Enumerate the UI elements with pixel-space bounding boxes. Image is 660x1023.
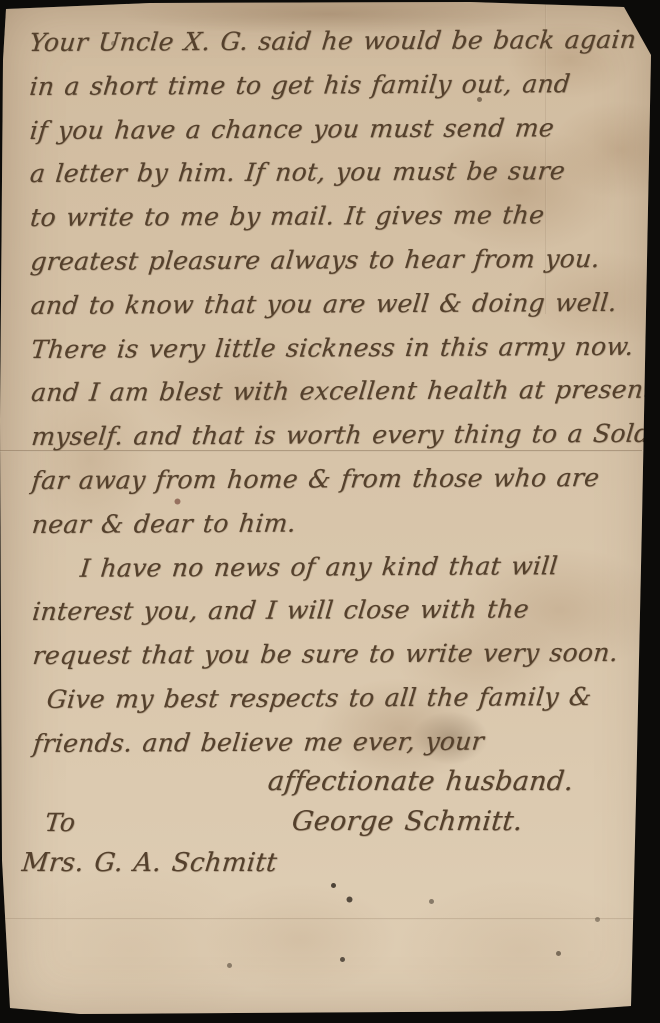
letter-line: to write to me by mail. It gives me the — [28, 193, 646, 240]
letter-line: myself. and that is worth every thing to… — [29, 412, 647, 459]
letter-line: near & dear to him. — [30, 500, 648, 547]
letter-line: if you have a chance you must send me — [28, 105, 646, 152]
letter-line: Your Uncle X. G. said he would be back a… — [27, 18, 645, 65]
letter-body: Your Uncle X. G. said he would be back a… — [27, 18, 645, 766]
letter-paper: Your Uncle X. G. said he would be back a… — [0, 0, 660, 1023]
letter-line: request that you be sure to write very s… — [30, 631, 648, 678]
letter-line: friends. and believe me ever, your — [31, 719, 649, 766]
address-to-label: To — [43, 808, 76, 837]
letter-line: Give my best respects to all the family … — [31, 675, 649, 722]
letter-line: greatest pleasure always to hear from yo… — [28, 237, 646, 284]
letter-line: and I am blest with excellent health at … — [29, 368, 647, 415]
valediction: affectionate husband. — [266, 766, 575, 797]
letter-line: interest you, and I will close with the — [30, 587, 648, 634]
letter-line: in a short time to get his family out, a… — [27, 62, 645, 109]
letter-line: and to know that you are well & doing we… — [29, 281, 647, 328]
ink-specks — [0, 0, 3, 3]
letter-line: a letter by him. If not, you must be sur… — [28, 149, 646, 196]
fold-crease-horizontal-lower — [0, 918, 640, 920]
recipient-name: Mrs. G. A. Schmitt — [20, 848, 278, 878]
letter-line: far away from home & from those who are — [30, 456, 648, 503]
letter-line: I have no news of any kind that will — [30, 543, 648, 590]
scanned-letter-page: Your Uncle X. G. said he would be back a… — [0, 0, 660, 1023]
signature: George Schmitt. — [290, 806, 524, 837]
letter-line: There is very little sickness in this ar… — [29, 324, 647, 371]
